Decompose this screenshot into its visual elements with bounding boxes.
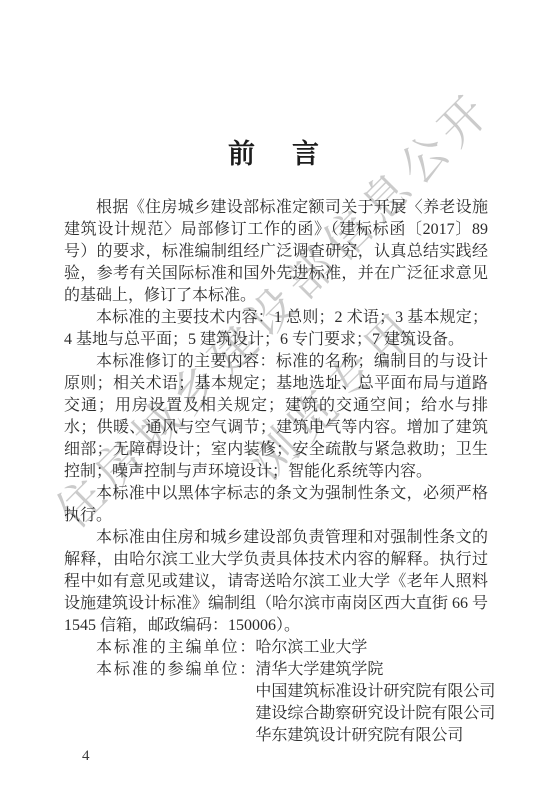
paragraph-management-contact: 本标准由住房和城乡建设部负责管理和对强制性条文的解释，由哈尔滨工业大学负责具体技… xyxy=(64,527,488,637)
paragraph-basis: 根据《住房城乡建设部标准定额司关于开展〈养老设施建筑设计规范〉局部修订工作的函》… xyxy=(64,197,488,307)
chief-editor-value: 哈尔滨工业大学 xyxy=(255,637,367,659)
participating-editors-row: 本标准的参编单位： 清华大学建筑学院 中国建筑标准设计研究院有限公司 建设综合勘… xyxy=(96,659,488,747)
document-page: 住房城乡建设部信息公开 浏览专用 前 言 根据《住房城乡建设部标准定额司关于开展… xyxy=(0,0,550,796)
institution-item: 中国建筑标准设计研究院有限公司 xyxy=(255,681,495,703)
chief-editor-label: 本标准的主编单位 xyxy=(96,637,239,659)
page-title: 前 言 xyxy=(64,132,488,171)
paragraph-revision-contents: 本标准修订的主要内容：标准的名称；编制目的与设计原则；相关术语；基本规定；基地选… xyxy=(64,351,488,483)
participating-label: 本标准的参编单位 xyxy=(96,659,239,681)
body-text: 根据《住房城乡建设部标准定额司关于开展〈养老设施建筑设计规范〉局部修订工作的函》… xyxy=(64,197,488,637)
document-content: 前 言 根据《住房城乡建设部标准定额司关于开展〈养老设施建筑设计规范〉局部修订工… xyxy=(64,132,488,747)
colon: ： xyxy=(239,659,255,681)
chief-editor-row: 本标准的主编单位：哈尔滨工业大学 xyxy=(96,637,488,659)
institution-item: 清华大学建筑学院 xyxy=(255,659,495,681)
paragraph-mandatory-clauses: 本标准中以黑体字标志的条文为强制性条文，必须严格执行。 xyxy=(64,483,488,527)
participating-institutions: 清华大学建筑学院 中国建筑标准设计研究院有限公司 建设综合勘察研究设计院有限公司… xyxy=(255,659,495,747)
colon: ： xyxy=(239,637,255,659)
page-number: 4 xyxy=(82,748,90,765)
paragraph-technical-contents: 本标准的主要技术内容：1 总则；2 术语；3 基本规定；4 基地与总平面；5 建… xyxy=(64,307,488,351)
institution-item: 建设综合勘察研究设计院有限公司 xyxy=(255,703,495,725)
institution-item: 华东建筑设计研究院有限公司 xyxy=(255,725,495,747)
